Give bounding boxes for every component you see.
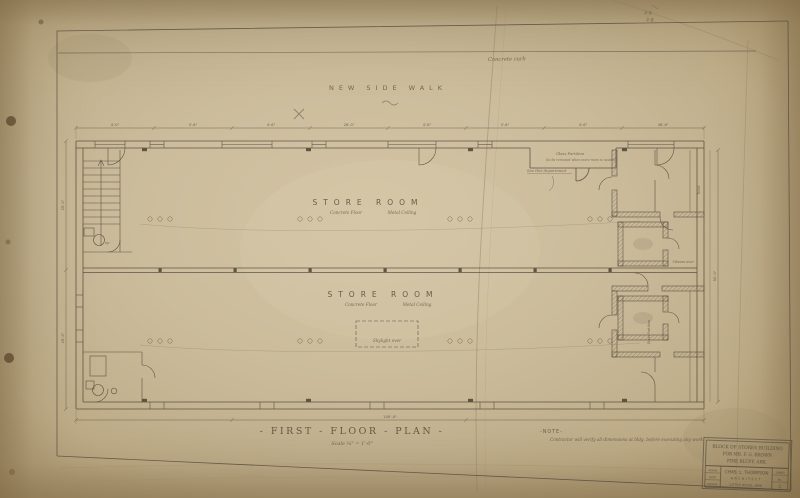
- dim-text: 5'-6": [501, 123, 510, 127]
- brick-wall: [612, 212, 660, 217]
- floor-drain: [111, 388, 117, 394]
- pencil-tick: [652, 5, 658, 9]
- door-swing: [576, 168, 589, 181]
- vertical-room-label: Toilet: [697, 185, 701, 196]
- dim-text: 25'-0": [61, 332, 65, 343]
- floor-plan-drawing: Concrete curb NEW SIDE WALK 2-9 2-8: [0, 0, 800, 498]
- sink-fixture: [84, 228, 94, 236]
- leader-curve: [140, 343, 640, 352]
- room-label: STORE ROOM: [312, 198, 423, 207]
- ink-stain: [9, 469, 15, 475]
- door-swing: [599, 315, 612, 328]
- ibeam-note: I-Beam over: [671, 260, 694, 264]
- door-swing: [641, 372, 655, 386]
- brick-wall: [612, 352, 660, 357]
- sheet-label: SHEET: [776, 471, 785, 475]
- staircase: [83, 150, 132, 252]
- door-swing: [635, 273, 648, 286]
- door-swing: [668, 238, 679, 249]
- brick-wall: [612, 150, 617, 176]
- sheet-no-label: No.: [778, 478, 783, 482]
- pencil-note: 2-9: [644, 10, 652, 17]
- dim-text: 4'-6": [423, 123, 432, 127]
- paper-crease: [60, 464, 750, 472]
- dim-text: 4'-6": [579, 123, 588, 127]
- brick-wall: [612, 286, 648, 291]
- architect-name: CHAS. L. THOMPSON: [725, 469, 769, 476]
- right-wall: [697, 141, 710, 409]
- dim-text: 4'-6": [267, 123, 276, 127]
- partition-note: Glass Partition: [556, 151, 585, 156]
- dim-text: 25'-0": [61, 199, 65, 210]
- brick-wall: [662, 286, 704, 291]
- door-swing: [108, 240, 120, 252]
- toilet-fixture: [94, 235, 105, 246]
- room-sublabel: Concrete Floor: [330, 210, 363, 215]
- punch-hole: [4, 353, 14, 363]
- door-swing: [657, 148, 674, 165]
- dim-text: 5'-6": [189, 123, 198, 127]
- door-swing: [599, 177, 612, 190]
- room-sublabel: Concrete Floor: [345, 302, 378, 307]
- wall-piers: [142, 148, 627, 151]
- brick-wall: [612, 291, 617, 315]
- curb-note: Concrete curb: [488, 56, 526, 63]
- dim-text: 36'-6": [658, 123, 669, 127]
- stair-up-label: up: [105, 241, 110, 245]
- drawing-title: - FIRST - FLOOR - PLAN -: [260, 426, 445, 437]
- wall-piers: [142, 399, 627, 402]
- paper-crease: [100, 477, 700, 482]
- pencil-x-mark: [294, 109, 304, 119]
- leader-arrow: [549, 176, 554, 191]
- room-label: STORE ROOM: [327, 290, 438, 299]
- meta-label: DRAWN: [707, 482, 717, 486]
- ink-stain: [6, 240, 11, 245]
- dim-text: 26'-0": [344, 123, 355, 127]
- column-marks: [159, 268, 612, 272]
- sidewalk-and-curb: Concrete curb NEW SIDE WALK: [58, 51, 756, 105]
- door-swing: [142, 365, 155, 378]
- door-swing: [655, 165, 669, 179]
- partition-subnote: (to be removed when more room is needed): [546, 158, 617, 162]
- drawing-scale: Scale ¼" = 1'-0": [331, 440, 373, 447]
- reference-note: See this department: [527, 168, 567, 173]
- vault-walls: [618, 222, 679, 266]
- pencil-note: 2-8: [646, 17, 654, 24]
- rear-windows: [150, 402, 604, 409]
- door-swing: [668, 312, 679, 323]
- meta-label: DATE: [709, 475, 716, 479]
- sidewalk-label: NEW SIDE WALK: [329, 84, 447, 92]
- right-room-complex: [599, 150, 704, 402]
- sheet-number: 2: [778, 484, 781, 490]
- counter-fixture: [90, 356, 106, 376]
- note-body: Contractor will verify all dimensions at…: [550, 437, 704, 442]
- bottom-wall: [76, 389, 704, 409]
- sheet-titles: - FIRST - FLOOR - PLAN - Scale ¼" = 1'-0…: [260, 426, 705, 447]
- pencil-scribbles: 2-9 2-8: [294, 5, 658, 119]
- room-sublabel: Metal Ceiling: [402, 302, 432, 307]
- brick-wall: [674, 212, 704, 217]
- ink-stain: [39, 20, 44, 25]
- scanned-drawing-sheet: Concrete curb NEW SIDE WALK 2-9 2-8: [0, 0, 800, 498]
- meta-label: SCALE: [708, 468, 717, 472]
- architect-title: ARCHITECT: [731, 476, 763, 481]
- dim-text: 4'-0": [111, 123, 120, 127]
- storefront-windows: [95, 141, 674, 148]
- door-swing: [108, 148, 125, 165]
- curb-line: [58, 51, 756, 53]
- service-room: [83, 352, 155, 402]
- room-sublabel: Metal Ceiling: [387, 210, 417, 215]
- dim-text: 140'-0": [383, 414, 397, 419]
- vertical-room-label: Glass Partition: [647, 320, 651, 344]
- punch-hole: [6, 116, 16, 126]
- left-wall: [76, 141, 83, 409]
- note-heading: -NOTE-: [540, 429, 563, 435]
- brick-wall: [674, 352, 704, 357]
- dim-text: 50'-0": [713, 270, 717, 281]
- squiggle-mark: [382, 101, 398, 105]
- skylight-note: Skylight over: [373, 338, 402, 343]
